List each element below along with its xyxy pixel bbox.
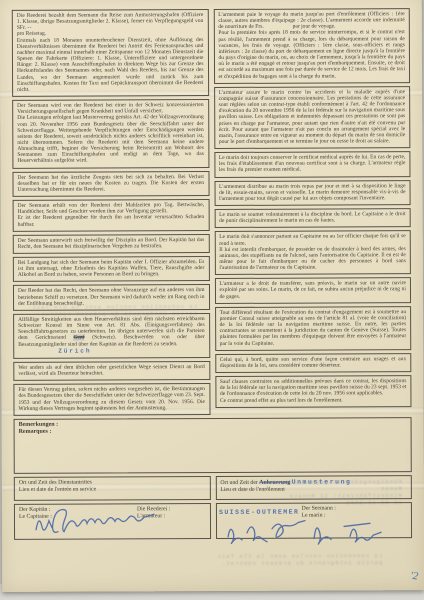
seaman-label-group: Der Seemann : Le marin : xyxy=(301,505,336,519)
contract-clause: L'armement paie le voyage du marin jusqu… xyxy=(213,8,410,84)
clause-text: Der Reeder hat das Recht, den Seemann oh… xyxy=(18,288,205,307)
captain-label-de: Der Kapitän : xyxy=(19,507,52,514)
shipowner-label-group: Die Reederei : L'armateur : xyxy=(137,506,171,520)
clause-hand-annotation: -- xyxy=(27,25,32,31)
clause-text: Der Seemann erhält von der Reederei drei… xyxy=(18,202,205,215)
contract-clause: Der Reeder hat das Recht, den Seemann oh… xyxy=(13,284,210,310)
contract-clause: Allfällige Streitigkeiten aus dem Heuerv… xyxy=(13,313,210,359)
clause-text: Ce contrat prend effet au plus tard lors… xyxy=(220,397,343,404)
clause-text: Der Seemann hat das ärztliche Zeugnis st… xyxy=(17,174,204,193)
captain-label-group: Der Kapitän : Le Capitaine : xyxy=(19,507,52,521)
contract-clause: L'armateur a le droit de transférer, san… xyxy=(214,277,411,303)
clause-text: Bei Landgang hat sich der Seemann beim K… xyxy=(18,259,205,278)
clause-text: L'armement distribue au marin trois repa… xyxy=(219,183,406,202)
clause-text: Le marin doit s'annoncer partant au Capi… xyxy=(219,234,406,247)
clause-text: Le marin doit toujours conserver le cert… xyxy=(219,154,406,173)
contract-clause: Der Seemann wird von der Reederei bei ei… xyxy=(12,99,209,168)
contract-clause: Le marin se soumet volontairement à la d… xyxy=(214,208,411,228)
contract-clause: Celui qui, à bord, quitte son service d'… xyxy=(215,353,412,373)
contract-clause: Wer anders als auf dem üblichen oder ges… xyxy=(13,361,210,381)
enrolment-cell: Ort und Zeit der Anheuerung Unmusterung … xyxy=(215,475,412,500)
seaman-label-fr: Le marin : xyxy=(301,512,335,519)
contract-clause: Der Seemann unterwirft sich freiwillig d… xyxy=(13,234,210,254)
clause-text: Erstmals nach 18 Monaten ununterbrochene… xyxy=(17,37,204,93)
clause-text: Le marin se soumet volontairement à la d… xyxy=(219,211,406,224)
clause-text: L'armateur a le droit de transférer, san… xyxy=(219,280,406,299)
bleedthrough-text: La convention conclue avec la CTA fait p… xyxy=(212,552,382,567)
contract-clause: Die Reederei bezahlt dem Seemann die Rei… xyxy=(12,9,209,97)
shipowner-label-fr: L'armateur : xyxy=(137,513,171,520)
clause-text: Sauf clauses contraires ou additionnelle… xyxy=(220,378,407,397)
service-entry-label-fr: Lieu et date de l'entrée en service xyxy=(19,486,206,494)
contract-paper: La convention conclue avec la CTA fait p… xyxy=(0,0,424,592)
clause-text: Der Seemann unterwirft sich freiwillig d… xyxy=(18,237,205,250)
enrolment-struck-word: Anheuerung xyxy=(259,479,290,485)
contract-clause: Sauf clauses contraires ou additionnelle… xyxy=(215,375,412,407)
contract-clause: Le marin doit toujours conserver le cert… xyxy=(214,151,411,177)
clause-typedline-annotation: Zürich xyxy=(58,348,205,355)
clause-text: Wer anders als auf dem üblichen oder ges… xyxy=(18,364,205,377)
enrolment-prefix: Ort und Zeit der xyxy=(220,480,259,486)
clause-text: Celui qui, à bord, quitte son service d'… xyxy=(220,356,407,369)
remarks-box: Bemerkungen : Remarques : xyxy=(14,417,412,474)
clause-struck-annotation: Genf xyxy=(74,335,85,341)
signature-row: Der Kapitän : Le Capitaine : Die Reedere… xyxy=(14,502,412,540)
scanned-contract-page: { "colors":{"paper":"#e8dfc3","ink":"#3c… xyxy=(0,0,424,600)
clause-text: Der Seemann wird von der Reederei bei ei… xyxy=(17,102,204,115)
enrolment-typed-word: Unmusterung xyxy=(292,478,352,485)
contract-clause: Für diesen Vertrag gelten, sofern nichts… xyxy=(13,383,210,415)
captain-shipowner-cell: Der Kapitän : Le Capitaine : Die Reedere… xyxy=(14,503,211,540)
seaman-cell: Der Seemann : Le marin : xyxy=(215,502,412,539)
contract-table: Die Reederei bezahlt dem Seemann die Rei… xyxy=(12,8,412,540)
contract-clause: Bei Landgang hat sich der Seemann beim K… xyxy=(13,256,210,282)
contract-clause: L'armement distribue au marin trois repa… xyxy=(214,180,411,206)
contract-clause: Tout différend résultant de l'exécution … xyxy=(215,306,412,351)
clause-text: Pour la première fois après 18 mois de s… xyxy=(218,30,405,80)
clause-text: Tout différend résultant de l'exécution … xyxy=(220,309,407,347)
service-entry-cell: Ort und Zeit des Dienstantrittes Lieu et… xyxy=(14,476,211,501)
seaman-label-de: Der Seemann : xyxy=(301,505,335,512)
handwritten-page-mark: '2 xyxy=(410,570,419,583)
shipowner-label-de: Die Reederei : xyxy=(137,506,171,513)
contract-clause: L'armateur assure le marin contre les ac… xyxy=(214,86,411,149)
clause-text: Il lui est interdit d'embarquer, de poss… xyxy=(219,246,406,271)
clause-text: Er ist der Reederei gegenüber für durch … xyxy=(18,214,205,227)
enrolment-label-fr: Lieu et date de l'enrôlement xyxy=(220,486,407,494)
contract-clause: Der Seemann erhält von der Reederei drei… xyxy=(13,199,210,231)
contract-clause: Der Seemann hat das ärztliche Zeugnis st… xyxy=(12,171,209,197)
french-column: L'armement paie le voyage du marin jusqu… xyxy=(213,8,411,418)
captain-label-fr: Le Capitaine : xyxy=(19,514,52,521)
clause-text: Die Leistungen erfolgen laut Mustervertr… xyxy=(17,114,204,164)
date-row: Ort und Zeit des Dienstantrittes Lieu et… xyxy=(14,475,412,501)
clause-text: Für diesen Vertrag gelten, sofern nichts… xyxy=(18,386,205,411)
shipowner-typed-name: SUISSE-OUTREMER xyxy=(219,508,299,515)
contract-clause: Le marin doit s'annoncer partant au Capi… xyxy=(214,231,411,276)
remarks-label-fr: Remarques : xyxy=(19,427,407,436)
clause-text: L'armateur assure le marin contre les ac… xyxy=(219,89,406,145)
german-column: Die Reederei bezahlt dem Seemann die Rei… xyxy=(12,9,210,419)
clause-text: Die Reederei bezahlt dem Seemann die Rei… xyxy=(17,12,204,31)
